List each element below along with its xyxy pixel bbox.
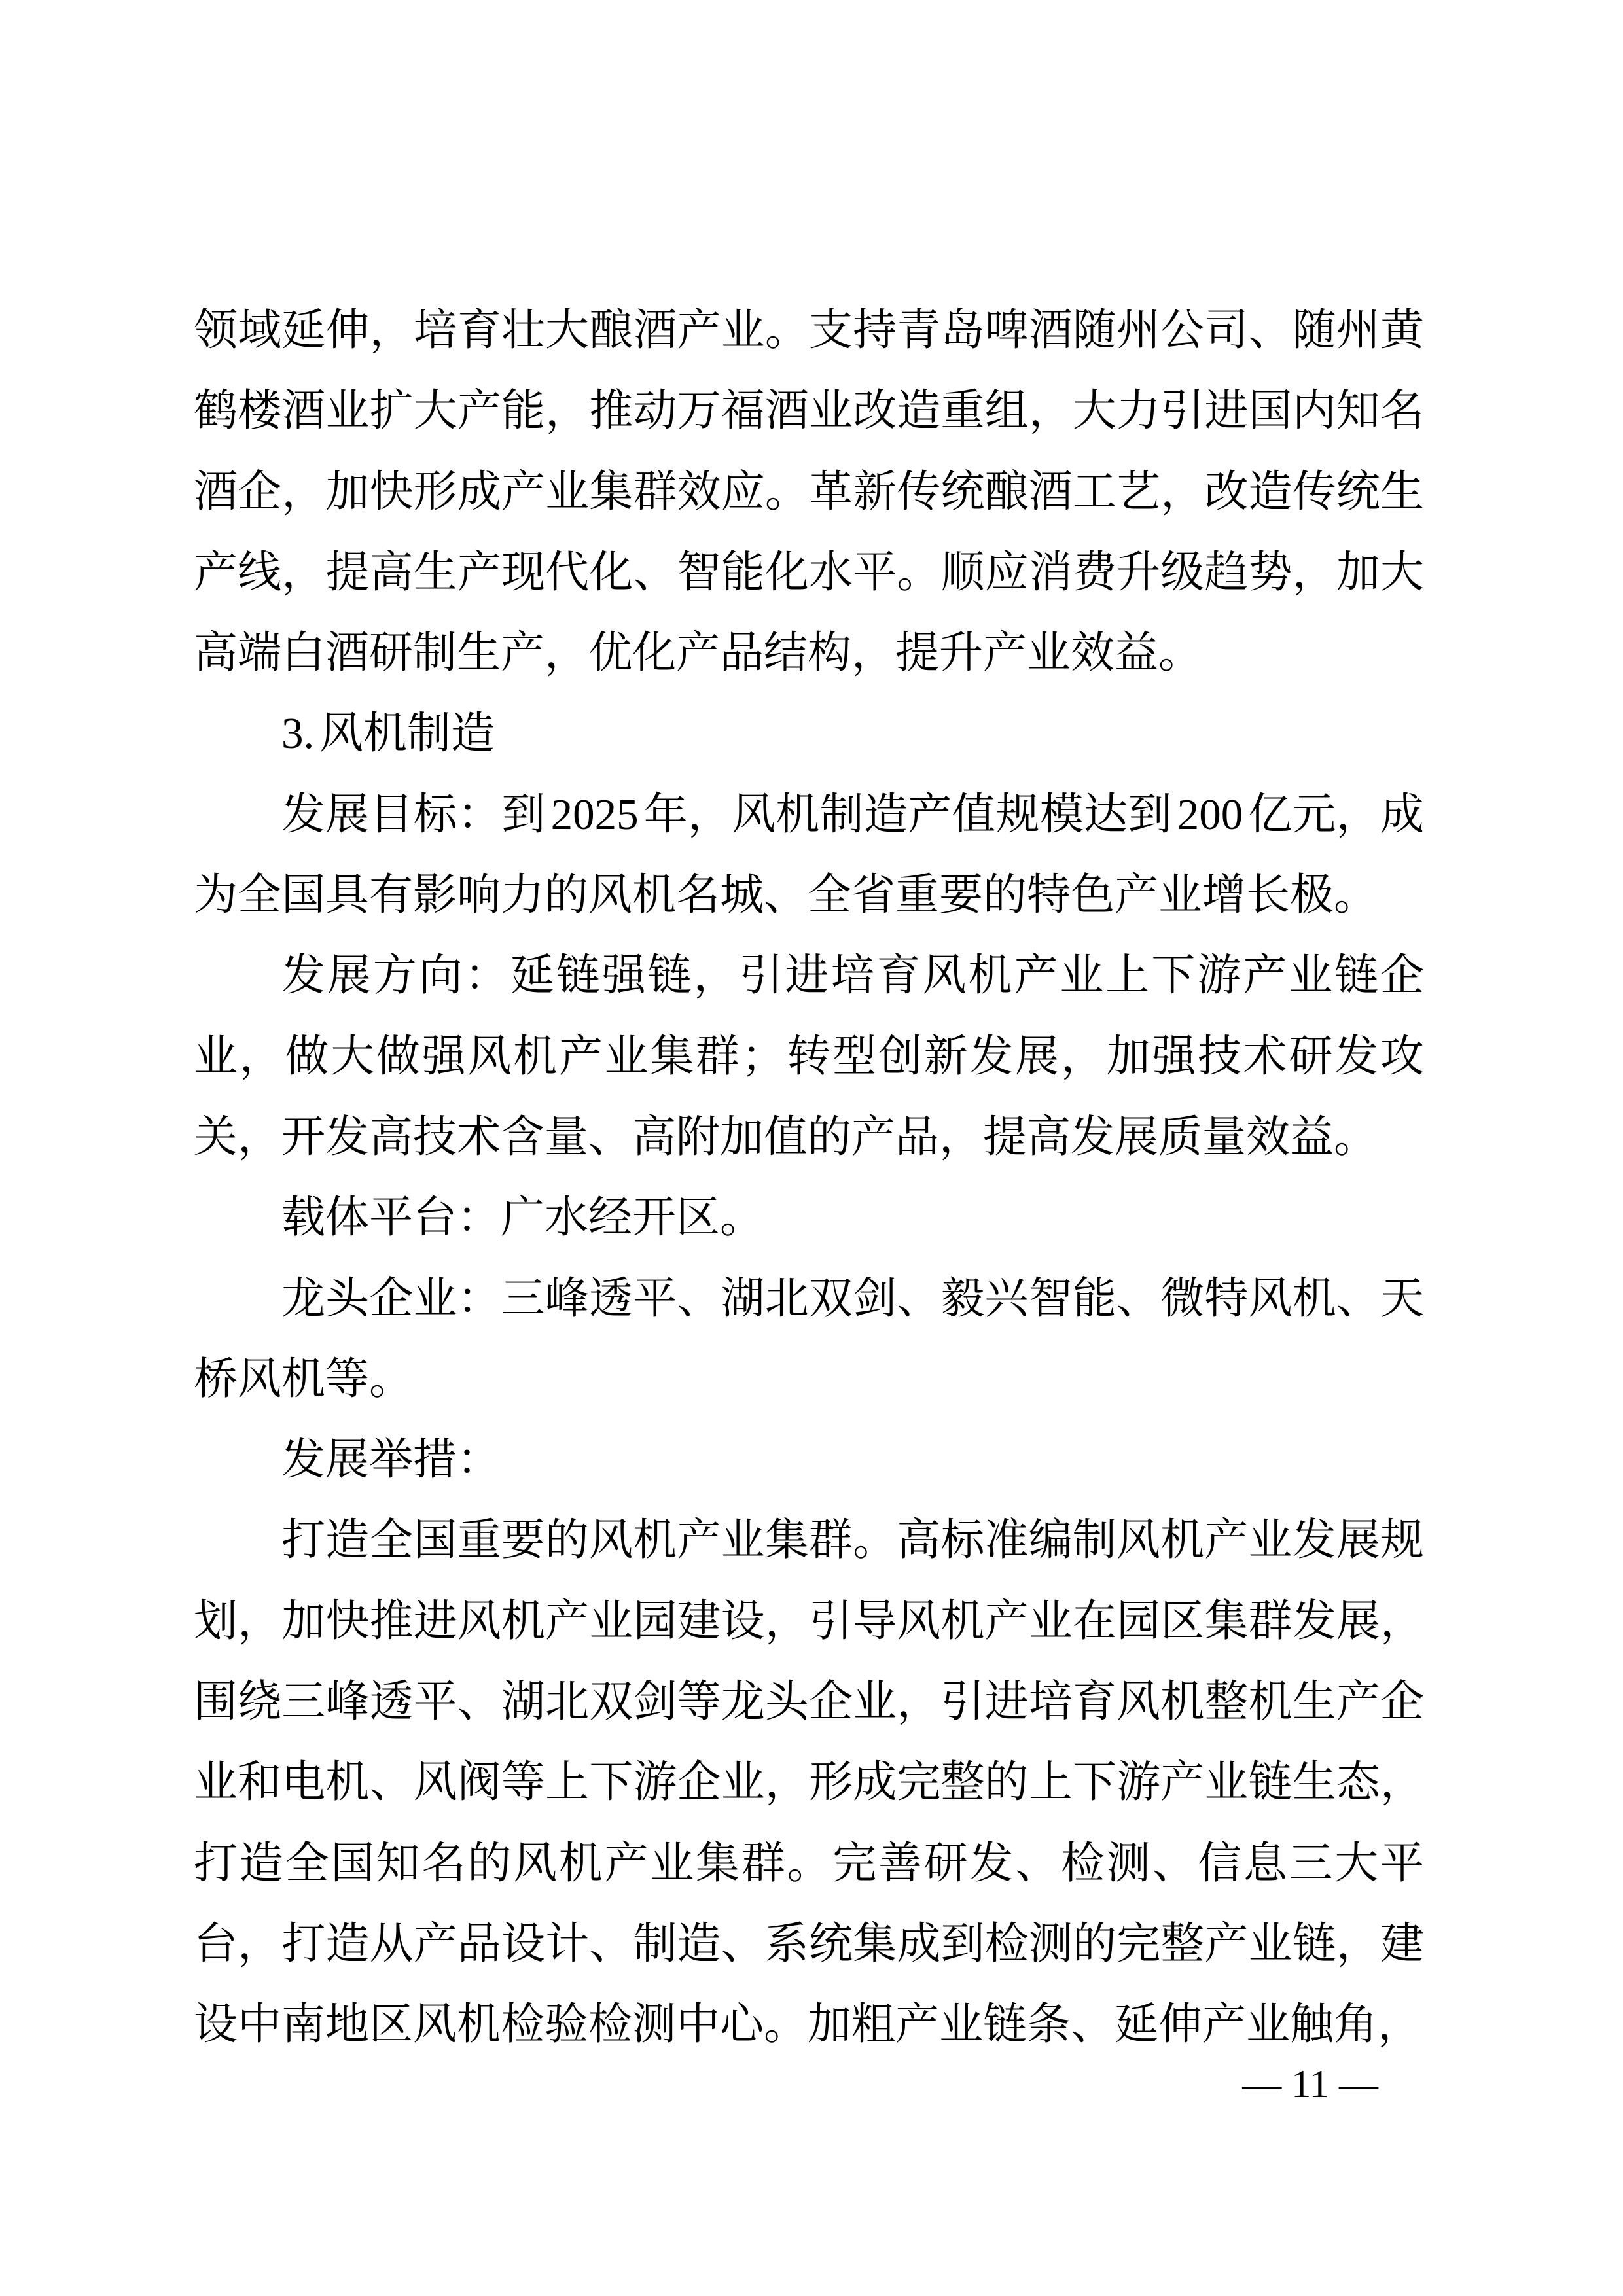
page-number: — 11 — — [1242, 2061, 1378, 2107]
heading-fan-manufacturing: 3. 风机制造 — [194, 694, 1424, 774]
paragraph-development-goal: 发展目标：到 2025 年，风机制造产值规模达到 200 亿元，成为全国具有影响… — [194, 775, 1424, 936]
paragraph-development-direction: 发展方向：延链强链，引进培育风机产业上下游产业链企业，做大做强风机产业集群；转型… — [194, 936, 1424, 1178]
document-body: 领域延伸，培育壮大酿酒产业。支持青岛啤酒随州公司、随州黄鹤楼酒业扩大产能，推动万… — [194, 291, 1424, 2066]
paragraph-fan-cluster-measures: 打造全国重要的风机产业集群。高标准编制风机产业发展规划，加快推进风机产业园建设，… — [194, 1500, 1424, 2065]
paragraph-development-measures-heading: 发展举措： — [194, 1420, 1424, 1500]
document-page: 领域延伸，培育壮大酿酒产业。支持青岛啤酒随州公司、随州黄鹤楼酒业扩大产能，推动万… — [0, 0, 1623, 2296]
paragraph-carrier-platform: 载体平台：广水经开区。 — [194, 1178, 1424, 1258]
paragraph-leading-enterprises: 龙头企业：三峰透平、湖北双剑、毅兴智能、微特风机、天桥风机等。 — [194, 1259, 1424, 1421]
paragraph-liquor-industry-continuation: 领域延伸，培育壮大酿酒产业。支持青岛啤酒随州公司、随州黄鹤楼酒业扩大产能，推动万… — [194, 291, 1424, 694]
